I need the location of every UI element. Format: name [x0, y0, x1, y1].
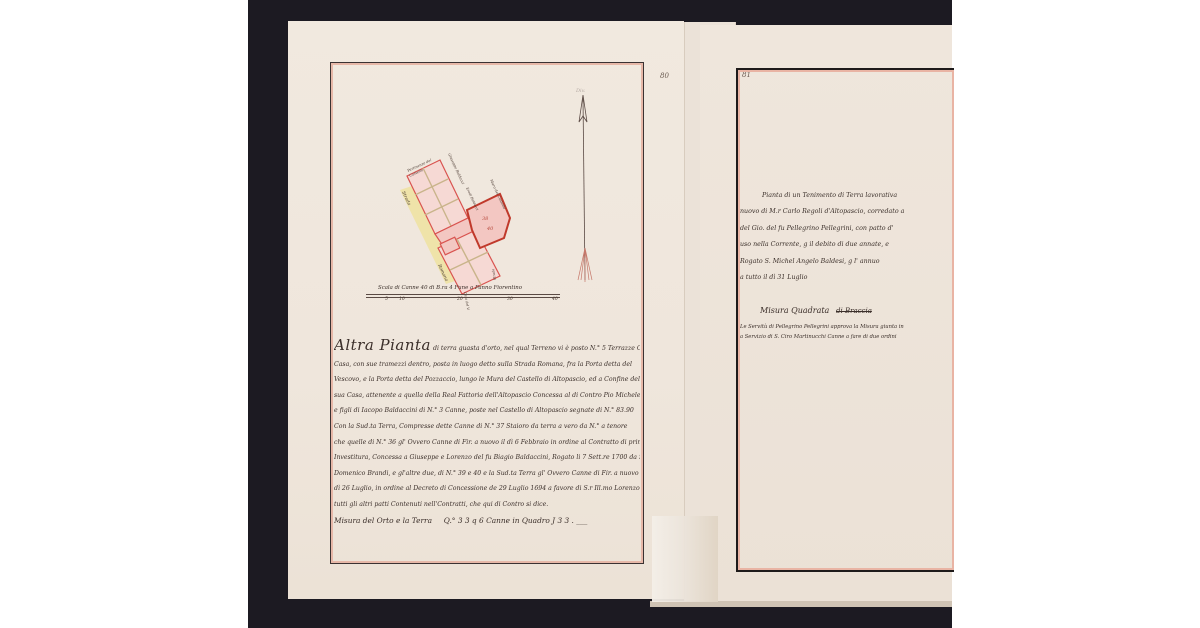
repair-tape — [652, 516, 718, 602]
svg-text:Div.: Div. — [575, 88, 586, 94]
text-line: sua Casa, attenente a quella della Real … — [334, 388, 640, 404]
text-line: Vescovo, e la Porta detta del Pozzaccio,… — [334, 372, 640, 388]
scale-tick: 20 — [457, 297, 463, 302]
text-line: Investitura, Concessa a Giuseppe e Loren… — [334, 450, 640, 466]
scale-tick: 40 — [552, 297, 558, 302]
right-notes: Le Servitù di Pellegrino Pellegrini appr… — [740, 322, 952, 342]
scale-tick: 5 — [385, 297, 388, 302]
text-line: di terra guasta d'orto, nel qual Terreno… — [433, 345, 640, 352]
scale-tick: 10 — [399, 297, 405, 302]
text-line: a tutto il dì 31 Luglio — [740, 270, 952, 286]
text-line: nuovo di M.r Carlo Regoli d'Altopascio, … — [740, 204, 952, 220]
scale-tick: 30 — [507, 297, 513, 302]
text-line: Rogato S. Michel Angelo Baldesi, g l' an… — [740, 254, 952, 270]
text-line: Domenico Brandi, e gl'altre due, di N.° … — [334, 466, 640, 482]
text-line: tutti gli altri patti Contenuti nell'Con… — [334, 497, 640, 513]
right-page-text: Pianta di un Tenimento di Terra lavorati… — [740, 188, 952, 286]
note-line: Le Servitù di Pellegrino Pellegrini appr… — [740, 322, 952, 332]
text-line: Pianta di un Tenimento di Terra lavorati… — [740, 188, 952, 204]
text-line-first: Altra Pianta di terra guasta d'orto, nel… — [334, 338, 640, 357]
svg-text:38: 38 — [482, 216, 488, 222]
text-line: e figli di Iacopo Baldaccini di N.° 3 Ca… — [334, 403, 640, 419]
measure-heading: Misura Quadrata — [760, 306, 829, 315]
svg-text:40: 40 — [486, 226, 494, 232]
measure-label: Misura del Orto e la Terra — [334, 516, 432, 525]
text-line: che quelle di N.° 36 gl' Ovvero Canne di… — [334, 435, 640, 451]
right-measure-heading-row: Misura Quadrata di Braccia — [760, 306, 872, 315]
text-line: Casa, con sue tramezzi dentro, posta in … — [334, 357, 640, 373]
section-title: Altra Pianta — [334, 338, 431, 354]
text-line: Con la Sud.ta Terra, Compresse dette Can… — [334, 419, 640, 435]
plot-map-drawing: 38 40 Pertinenze del Castello Giuseppe B… — [340, 80, 640, 310]
text-line: dì 26 Luglio, in ordine al Decreto di Co… — [334, 481, 640, 497]
text-line: del Gio. del fu Pellegrino Pellegrini, c… — [740, 221, 952, 237]
map-scale-title: Scala di Canne 40 di B.ra 4 Fune a Panno… — [378, 285, 522, 291]
measure-struck-text: di Braccia — [836, 307, 872, 315]
folio-number-left: 80 — [660, 72, 669, 80]
measure-value: Q.° 3 3 q 6 Canne in Quadro J 3 3 . ___ — [444, 516, 588, 525]
left-page-text: Altra Pianta di terra guasta d'orto, nel… — [334, 338, 640, 528]
right-page-frame — [736, 68, 954, 572]
plot-map: 38 40 Pertinenze del Castello Giuseppe B… — [340, 80, 640, 310]
map-scale-ticks: 5 10 20 30 40 — [366, 297, 560, 305]
text-line: uso nella Corrente, g il debito di due a… — [740, 237, 952, 253]
measure-line: Misura del Orto e la Terra Q.° 3 3 q 6 C… — [334, 513, 640, 529]
note-line: a Servizio di S. Ciro Martinucchi Canne … — [740, 332, 952, 342]
